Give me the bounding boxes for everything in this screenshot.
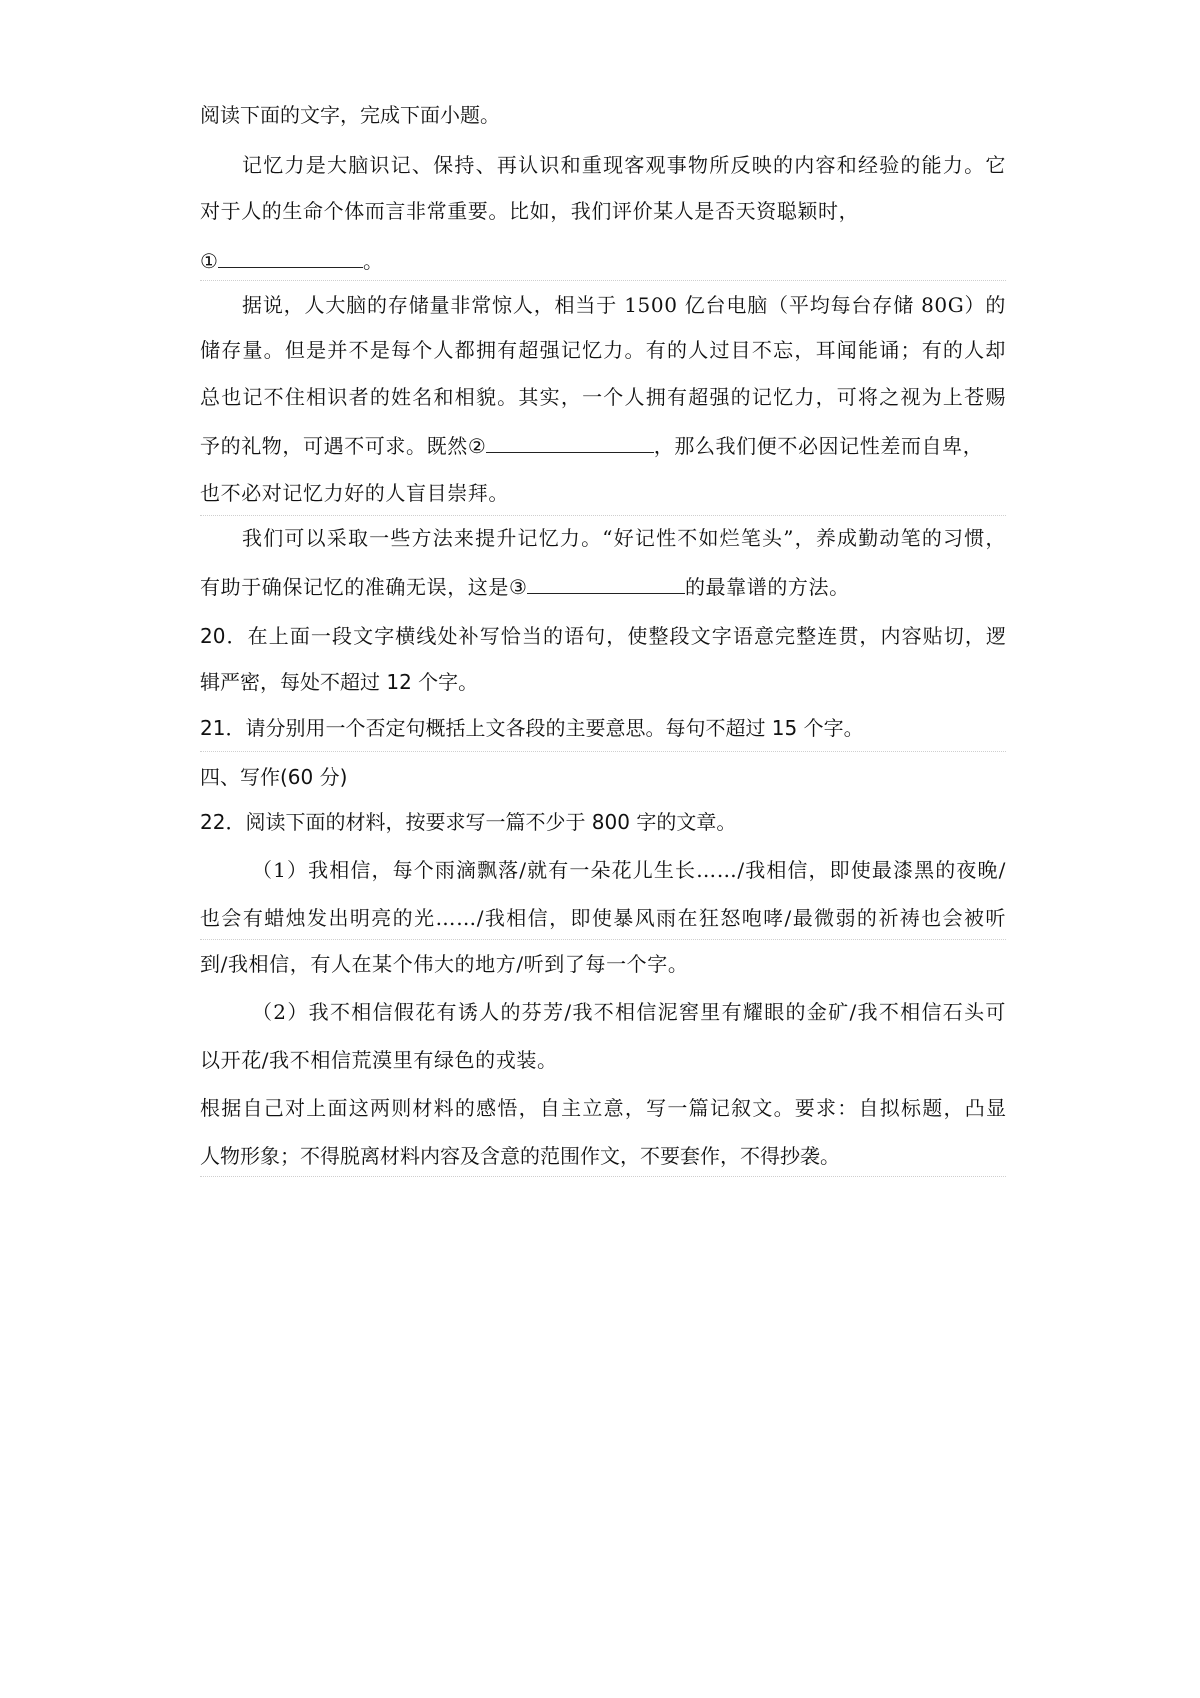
passage-p1-line1: 记忆力是大脑识记、保持、再认识和重现客观事物所反映的内容和经验的能力。它 <box>200 150 1006 180</box>
passage-p3-line2: 有助于确保记忆的准确无误，这是③的最靠谱的方法。 <box>200 571 1006 601</box>
material-1-line3: 到/我相信，有人在某个伟大的地方/听到了每一个字。 <box>200 949 1006 979</box>
dotted-divider <box>200 939 1006 940</box>
dotted-divider <box>200 1176 1006 1177</box>
passage-p3-line1: 我们可以采取一些方法来提升记忆力。“好记性不如烂笔头”，养成勤动笔的习惯， <box>200 523 1006 553</box>
exam-page: 阅读下面的文字，完成下面小题。 记忆力是大脑识记、保持、再认识和重现客观事物所反… <box>0 0 1200 1698</box>
passage-p2-line2: 储存量。但是并不是每个人都拥有超强记忆力。有的人过目不忘，耳闻能诵；有的人却 <box>200 335 1006 365</box>
blank-1-end: 。 <box>363 249 383 273</box>
section-four-title: 四、写作(60 分) <box>200 762 1006 792</box>
answer-blank-1[interactable] <box>218 245 363 268</box>
passage-p2-line4: 予的礼物，可遇不可求。既然②，那么我们便不必因记性差而自卑， <box>200 430 1006 460</box>
material-1-line1: （1）我相信，每个雨滴飘落/就有一朵花儿生长……/我相信，即使最漆黑的夜晚/ <box>200 855 1006 885</box>
question-20-line1: 20．在上面一段文字横线处补写恰当的语句，使整段文字语意完整连贯，内容贴切，逻 <box>200 621 1006 651</box>
blank-marker-2: ② <box>468 434 486 458</box>
dotted-divider <box>200 751 1006 752</box>
reading-instruction: 阅读下面的文字，完成下面小题。 <box>200 100 1006 130</box>
requirements-line2: 人物形象；不得脱离材料内容及含意的范围作文，不要套作，不得抄袭。 <box>200 1141 1006 1171</box>
blank-marker-3: ③ <box>509 575 527 599</box>
blank-marker-1: ① <box>200 249 218 273</box>
material-1-line2: 也会有蜡烛发出明亮的光……/我相信，即使暴风雨在狂怒咆哮/最微弱的祈祷也会被听 <box>200 903 1006 933</box>
passage-p2-line1: 据说，人大脑的存储量非常惊人，相当于 1500 亿台电脑（平均每台存储 80G）… <box>200 290 1006 320</box>
answer-blank-3[interactable] <box>527 571 685 594</box>
dotted-divider <box>200 515 1006 516</box>
passage-p2-line3: 总也记不住相识者的姓名和相貌。其实，一个人拥有超强的记忆力，可将之视为上苍赐 <box>200 382 1006 412</box>
question-21: 21．请分别用一个否定句概括上文各段的主要意思。每句不超过 15 个字。 <box>200 713 1006 743</box>
dotted-divider <box>200 280 1006 281</box>
question-20-line2: 辑严密，每处不超过 12 个字。 <box>200 667 1006 697</box>
material-2-line1: （2）我不相信假花有诱人的芬芳/我不相信泥窖里有耀眼的金矿/我不相信石头可 <box>200 997 1006 1027</box>
requirements-line1: 根据自己对上面这两则材料的感悟，自主立意，写一篇记叙文。要求：自拟标题，凸显 <box>200 1093 1006 1123</box>
question-22-prompt: 22．阅读下面的材料，按要求写一篇不少于 800 字的文章。 <box>200 807 1006 837</box>
p2-line4-before: 予的礼物，可遇不可求。既然 <box>200 434 468 458</box>
p2-line4-after: ，那么我们便不必因记性差而自卑， <box>654 434 984 458</box>
passage-p2-line5: 也不必对记忆力好的人盲目崇拜。 <box>200 478 1006 508</box>
answer-blank-2[interactable] <box>486 430 654 453</box>
p3-line2-after: 的最靠谱的方法。 <box>685 575 850 599</box>
material-2-line2: 以开花/我不相信荒漠里有绿色的戎装。 <box>200 1045 1006 1075</box>
passage-p1-line2: 对于人的生命个体而言非常重要。比如，我们评价某人是否天资聪颖时， <box>200 196 1006 226</box>
p3-line2-before: 有助于确保记忆的准确无误，这是 <box>200 575 509 599</box>
passage-p1-line3: ①。 <box>200 245 1006 275</box>
